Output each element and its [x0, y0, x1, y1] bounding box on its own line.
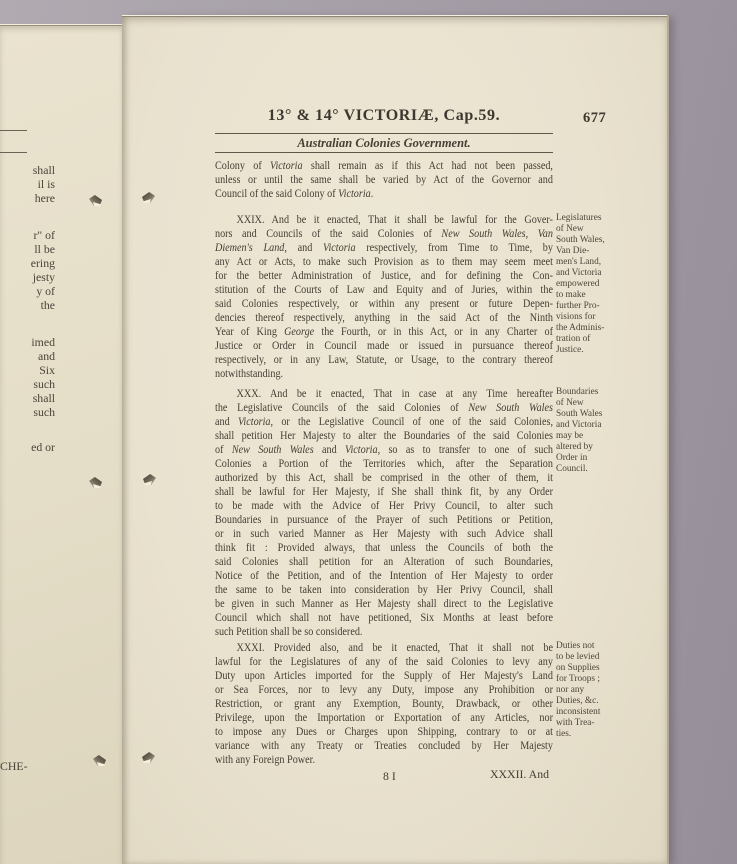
page-title: 13° & 14° VICTORIÆ, Cap.59. [215, 107, 553, 125]
text-line: respectively, or in any Law, Statute, or… [215, 352, 553, 366]
text-line: to be made with the Advice of Her Privy … [215, 498, 553, 512]
margin-note-line: empowered [556, 279, 638, 290]
margin-note-line: for Troops ; [556, 674, 638, 685]
text-line: or in such varied Manner as Her Majesty … [215, 526, 553, 540]
binding-hole [89, 195, 102, 206]
body-text-column: Colony of Victoria shall remain as if th… [215, 158, 607, 766]
binding-hole [89, 477, 102, 488]
margin-note-line: Boundaries [556, 387, 638, 398]
left-page-text-line: the [0, 298, 55, 312]
left-page-text-line: ering [0, 256, 55, 270]
margin-note-line: inconsistent [556, 707, 638, 718]
text-line: variance with any Treaty or Treaties con… [215, 738, 553, 752]
paragraph-victoria-proviso: Colony of Victoria shall remain as if th… [215, 158, 553, 200]
text-line: said Colonies shall petition for an Alte… [215, 554, 553, 568]
text-line: Restriction, or grant any Exemption, Bou… [215, 696, 553, 710]
text-line: Notice of the Petition, and of the Inten… [215, 568, 553, 582]
text-line: Year of King George the Fourth, or in th… [215, 324, 553, 338]
left-page-text-line: shall [0, 163, 55, 177]
left-header-rule-top [0, 130, 27, 131]
left-page-line-group: r" ofll beeringjestyy ofthe [0, 228, 57, 312]
text-line: shall be lawful for Her Majesty, if She … [215, 484, 553, 498]
text-line: Colony of Victoria shall remain as if th… [215, 158, 553, 172]
text-line: the same to be taken into consideration … [215, 582, 553, 596]
left-page-text-line: jesty [0, 270, 55, 284]
text-line: for the better Administration of Justice… [215, 268, 553, 282]
text-line: Council of the said Colony of Victoria. [215, 186, 553, 200]
left-page-text-line: Six [0, 363, 55, 377]
binding-hole [142, 752, 155, 763]
left-page-text-line: ll be [0, 242, 55, 256]
left-page-line-group: imedandSixsuchshallsuch [0, 335, 57, 419]
left-page-text-line: ed or [0, 440, 55, 454]
paragraph-section-xxx: XXX. And be it enacted, That in case at … [215, 386, 553, 638]
margin-note-line: men's Land, [556, 257, 638, 268]
margin-note-line: Council. [556, 464, 638, 475]
text-line: Justice or Order in Council made or issu… [215, 338, 553, 352]
margin-note-line: of New [556, 398, 638, 409]
text-line: Boundaries in pursuance of the Prayer of… [215, 512, 553, 526]
left-page-catchword: CHE- [0, 759, 28, 774]
text-line: nors and Councils of the said Colonies o… [215, 226, 553, 240]
margin-note-section-xxix: Legislaturesof NewSouth Wales,Van Die-me… [556, 213, 638, 356]
binding-hole [143, 474, 156, 485]
margin-note-line: Duties not [556, 641, 638, 652]
text-line: of New South Wales and Victoria, so as t… [215, 442, 553, 456]
text-line: Diemen's Land, and Victoria respectively… [215, 240, 553, 254]
margin-note-line: the Adminis- [556, 323, 638, 334]
left-page-line-group: shallil ishere [0, 163, 57, 205]
left-page-line-group: ed or [0, 440, 57, 454]
text-line: stitution of the Courts of Law and Equit… [215, 282, 553, 296]
margin-note-section-xxxi: Duties notto be leviedon Suppliesfor Tro… [556, 641, 638, 740]
binding-hole [142, 192, 155, 203]
margin-note-line: to be levied [556, 652, 638, 663]
text-line: with any Foreign Power. [215, 752, 553, 766]
margin-note-line: to make [556, 290, 638, 301]
paragraph-section-xxxi: XXXI. Provided also, and be it enacted, … [215, 640, 553, 766]
text-line: Council which shall not have petitioned,… [215, 610, 553, 624]
text-line: XXXI. Provided also, and be it enacted, … [215, 640, 553, 654]
text-line: the Legislative Councils of the said Col… [215, 400, 553, 414]
text-line: dencies thereof respectively, anything i… [215, 310, 553, 324]
margin-note-line: South Wales, [556, 235, 638, 246]
left-page-text-line: imed [0, 335, 55, 349]
text-line: XXX. And be it enacted, That in case at … [215, 386, 553, 400]
binding-hole [93, 755, 106, 766]
margin-note-line: of New [556, 224, 638, 235]
left-page-fragment: shallil isherer" ofll beeringjestyy ofth… [0, 24, 123, 864]
text-line: think fit : Provided always, that unless… [215, 540, 553, 554]
text-line: authorized by this Act, shall be compris… [215, 470, 553, 484]
text-line: XXIX. And be it enacted, That it shall b… [215, 212, 553, 226]
left-page-text-line: y of [0, 284, 55, 298]
margin-note-line: on Supplies [556, 663, 638, 674]
text-line: such Petition shall be so considered. [215, 624, 553, 638]
left-page-text-line: r" of [0, 228, 55, 242]
left-page-text-line: such [0, 405, 55, 419]
text-line: or Sea Forces, nor to levy any Duty, imp… [215, 682, 553, 696]
margin-note-line: Van Die- [556, 246, 638, 257]
running-head: Australian Colonies Government. [215, 136, 553, 151]
left-page-text-line: such [0, 377, 55, 391]
text-line: and Victoria, or the Legislative Council… [215, 414, 553, 428]
margin-note-line: altered by [556, 442, 638, 453]
text-line: Duty upon Articles imported for the Supp… [215, 668, 553, 682]
left-page-text-line: here [0, 191, 55, 205]
margin-note-line: further Pro- [556, 301, 638, 312]
text-line: unless or until the same shall be varied… [215, 172, 553, 186]
margin-note-line: South Wales [556, 409, 638, 420]
left-page-text-line: and [0, 349, 55, 363]
margin-note-line: and Victoria [556, 420, 638, 431]
margin-note-line: and Victoria [556, 268, 638, 279]
printers-signature: 8 I [383, 769, 396, 784]
margin-note-line: tration of [556, 334, 638, 345]
text-line: notwithstanding. [215, 366, 553, 380]
margin-note-line: Justice. [556, 345, 638, 356]
margin-note-line: Duties, &c. [556, 696, 638, 707]
text-line: Privilege, upon the Importation or Expor… [215, 710, 553, 724]
margin-note-line: visions for [556, 312, 638, 323]
page-number: 677 [583, 110, 606, 127]
header-rule-top [215, 133, 553, 134]
left-header-rule-bottom [0, 152, 27, 153]
book-scan: shallil isherer" ofll beeringjestyy ofth… [0, 0, 737, 864]
margin-note-line: with Trea- [556, 718, 638, 729]
margin-note-line: Legislatures [556, 213, 638, 224]
text-line: any Act or Acts, to make such Provision … [215, 254, 553, 268]
margin-note-line: Order in [556, 453, 638, 464]
margin-note-line: ties. [556, 729, 638, 740]
main-page: 13° & 14° VICTORIÆ, Cap.59. 677 Australi… [122, 15, 667, 864]
text-line: shall petition Her Majesty to alter the … [215, 428, 553, 442]
margin-note-section-xxx: Boundariesof NewSouth Walesand Victoriam… [556, 387, 638, 475]
text-line: said Colonies respectively, or within an… [215, 296, 553, 310]
margin-note-line: nor any [556, 685, 638, 696]
catchword: XXXII. And [490, 767, 549, 782]
text-line: be given in such Manner as Her Majesty s… [215, 596, 553, 610]
header-rule-bottom [215, 152, 553, 153]
text-line: lawful for the Legislatures of any of th… [215, 654, 553, 668]
page-footer: 8 I XXXII. And [215, 769, 553, 784]
margin-note-line: may be [556, 431, 638, 442]
left-page-text-line: il is [0, 177, 55, 191]
text-line: Colonies a Portion of the Territories wh… [215, 456, 553, 470]
paragraph-section-xxix: XXIX. And be it enacted, That it shall b… [215, 212, 553, 380]
left-page-text-line: shall [0, 391, 55, 405]
text-line: to impose any Dues or Charges upon Shipp… [215, 724, 553, 738]
